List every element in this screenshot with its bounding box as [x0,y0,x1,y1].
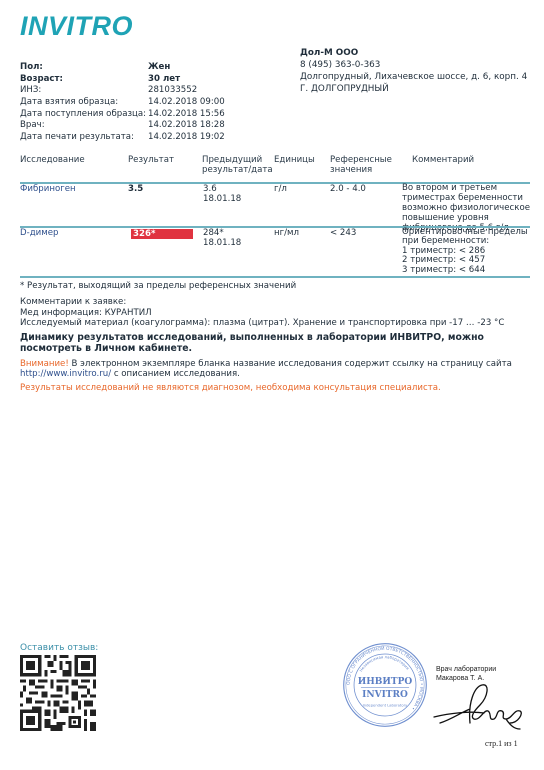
result-value-flagged: 326* [131,229,193,239]
patient-row-doctor: Врач: 14.02.2018 18:28 [20,120,280,132]
results-table-header: Исследование Результат Предыдущий резуль… [20,155,530,181]
notes-section: * Результат, выходящий за пределы рефере… [20,281,530,394]
lab-info: Дол-М ООО 8 (495) 363-0-363 Долгопрудный… [300,48,527,96]
header-comment: Комментарий [412,155,474,165]
value: 30 лет [148,74,180,86]
page-number: стр.1 из 1 [485,739,518,749]
label: Врач: [20,120,148,132]
header-previous: Предыдущий результат/дата [202,155,273,176]
header-reference-line1: Референсные [330,155,392,165]
patient-row-sex: Пол: Жен [20,62,280,74]
reference-range: 2.0 - 4.0 [330,184,366,194]
site-link[interactable]: http://www.invitro.ru/ [20,369,111,379]
label: ИНЗ: [20,85,148,97]
lab-stamp-icon: ООО С ОГРАНИЧЕННОЙ ОТВЕТСТВЕННОСТЬЮ • МО… [342,642,428,728]
invitro-logo: INVITRO [20,10,133,42]
label: Дата печати результата: [20,132,148,144]
value: 14.02.2018 09:00 [148,97,225,109]
value: 14.02.2018 19:02 [148,132,225,144]
header-reference-line2: значения [330,165,392,175]
header-test: Исследование [20,155,85,165]
previous-date: 18.01.18 [203,194,241,204]
previous-result: 284* 18.01.18 [203,228,241,249]
signature-icon [430,683,526,731]
test-name-link[interactable]: D-димер [20,228,58,238]
header-previous-line1: Предыдущий [202,155,273,165]
stamp-subtitle: INVITRO [362,690,408,700]
lab-address: Долгопрудный, Лихачевское шоссе, д. 6, к… [300,72,527,84]
stamp-title: ИНВИТРО [358,677,413,687]
qr-code-icon[interactable] [20,655,96,731]
dynamics-note: Динамику результатов исследований, выпол… [20,332,530,354]
header-reference: Референсные значения [330,155,392,176]
comment: Ориентировочные пределы при беременности… [402,228,528,275]
lab-city: Г. ДОЛГОПРУДНЫЙ [300,84,527,96]
header-units: Единицы [274,155,315,165]
test-name-link[interactable]: Фибриноген [20,184,76,194]
label: Возраст: [20,74,148,86]
label: Дата взятия образца: [20,97,148,109]
doctor-title: Врач лаборатории [436,665,496,674]
doctor-name: Макарова Т. А. [436,674,496,683]
material-info: Исследуемый материал (коагулограмма): пл… [20,318,530,328]
header-result: Результат [128,155,174,165]
table-divider [20,276,530,278]
patient-row-age: Возраст: 30 лет [20,74,280,86]
disclaimer: Результаты исследований не являются диаг… [20,383,530,393]
attention-text: В электронном экземпляре бланка название… [69,359,512,369]
patient-row-received-date: Дата поступления образца: 14.02.2018 15:… [20,109,280,121]
comment-line: 3 триместр: < 644 [402,266,528,275]
feedback-label: Оставить отзыв: [20,643,98,654]
attention-note: Внимание! В электронном экземпляре бланк… [20,359,530,380]
med-info: Мед информация: КУРАНТИЛ [20,308,530,318]
lab-name: Дол-М ООО [300,48,527,60]
previous-result: 3.6 18.01.18 [203,184,241,205]
header-previous-line2: результат/дата [202,165,273,175]
units: г/л [274,184,287,194]
value: Жен [148,62,170,74]
label: Пол: [20,62,148,74]
lab-phone: 8 (495) 363-0-363 [300,60,527,72]
stamp-inner-bottom: Independent Laboratory [363,704,408,708]
result-value: 3.5 [128,184,143,194]
reference-range: < 243 [330,228,356,238]
footnote: * Результат, выходящий за пределы рефере… [20,281,530,291]
value: 14.02.2018 18:28 [148,120,225,132]
patient-row-sample-date: Дата взятия образца: 14.02.2018 09:00 [20,97,280,109]
attention-label: Внимание! [20,359,69,369]
doctor-signature-block: Врач лаборатории Макарова Т. А. [436,665,496,683]
previous-value: 284* [203,228,241,238]
value: 281033552 [148,85,197,97]
units: нг/мл [274,228,299,238]
value: 14.02.2018 15:56 [148,109,225,121]
site-text: с описанием исследования. [111,369,240,379]
label: Дата поступления образца: [20,109,148,121]
patient-row-print-date: Дата печати результата: 14.02.2018 19:02 [20,132,280,144]
previous-date: 18.01.18 [203,238,241,248]
patient-row-inz: ИНЗ: 281033552 [20,85,280,97]
previous-value: 3.6 [203,184,241,194]
comments-title: Комментарии к заявке: [20,297,530,307]
patient-info: Пол: Жен Возраст: 30 лет ИНЗ: 281033552 … [20,62,280,144]
